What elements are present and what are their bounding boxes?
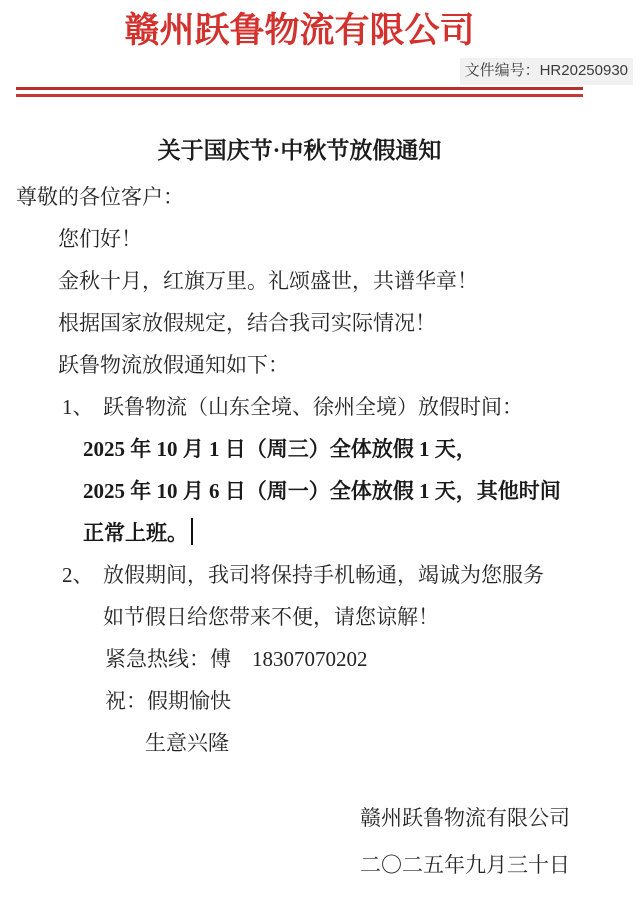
list-item-2: 2、 放假期间，我司将保持手机畅通，竭诚为您服务 xyxy=(16,554,583,596)
list-item-2-continuation: 如节假日给您带来不便，请您谅解！ xyxy=(16,596,583,638)
doc-number-field: 文件编号：HR20250930 xyxy=(460,58,633,85)
greeting-line: 您们好！ xyxy=(16,218,583,260)
signature-date: 二〇二五年九月三十日 xyxy=(16,842,583,889)
intro-line: 跃鲁物流放假通知如下： xyxy=(16,344,583,386)
basis-line: 根据国家放假规定，结合我司实际情况！ xyxy=(16,302,583,344)
list-item-2-text: 放假期间，我司将保持手机畅通，竭诚为您服务 xyxy=(103,554,544,596)
list-item-2-number: 2、 xyxy=(62,554,103,596)
divider-line-top xyxy=(16,87,583,90)
holiday-date-line-1: 2025 年 10 月 1 日（周三）全体放假 1 天， xyxy=(16,428,583,470)
salutation-line: 尊敬的各位客户： xyxy=(16,176,583,218)
wish-line-1: 祝：假期愉快 xyxy=(16,680,583,722)
signature-block: 赣州跃鲁物流有限公司 二〇二五年九月三十日 xyxy=(16,795,583,889)
opening-line: 金秋十月，红旗万里。礼颂盛世，共谱华章！ xyxy=(16,260,583,302)
divider-line-bottom xyxy=(16,94,583,97)
letterhead-divider xyxy=(16,87,583,97)
doc-number-row: 文件编号：HR20250930 xyxy=(16,58,633,82)
wish-line-2: 生意兴隆 xyxy=(16,722,583,764)
holiday-date-line-3[interactable]: 正常上班。 xyxy=(16,512,583,554)
holiday-date-line-3-text: 正常上班。 xyxy=(83,521,188,545)
document-page[interactable]: 赣州跃鲁物流有限公司 文件编号：HR20250930 关于国庆节·中秋节放假通知… xyxy=(0,0,640,915)
list-item-1-number: 1、 xyxy=(62,386,103,428)
list-item-1: 1、 跃鲁物流（山东全境、徐州全境）放假时间： xyxy=(16,386,583,428)
list-item-1-text: 跃鲁物流（山东全境、徐州全境）放假时间： xyxy=(103,386,523,428)
notice-title: 关于国庆节·中秋节放假通知 xyxy=(16,135,583,167)
text-cursor xyxy=(191,518,193,545)
company-letterhead-title: 赣州跃鲁物流有限公司 xyxy=(16,8,583,54)
hotline-line: 紧急热线：傅 18307070202 xyxy=(16,638,583,680)
notice-body: 尊敬的各位客户： 您们好！ 金秋十月，红旗万里。礼颂盛世，共谱华章！ 根据国家放… xyxy=(16,176,583,764)
signature-company: 赣州跃鲁物流有限公司 xyxy=(16,795,583,842)
holiday-date-line-2: 2025 年 10 月 6 日（周一）全体放假 1 天，其他时间 xyxy=(16,470,583,512)
